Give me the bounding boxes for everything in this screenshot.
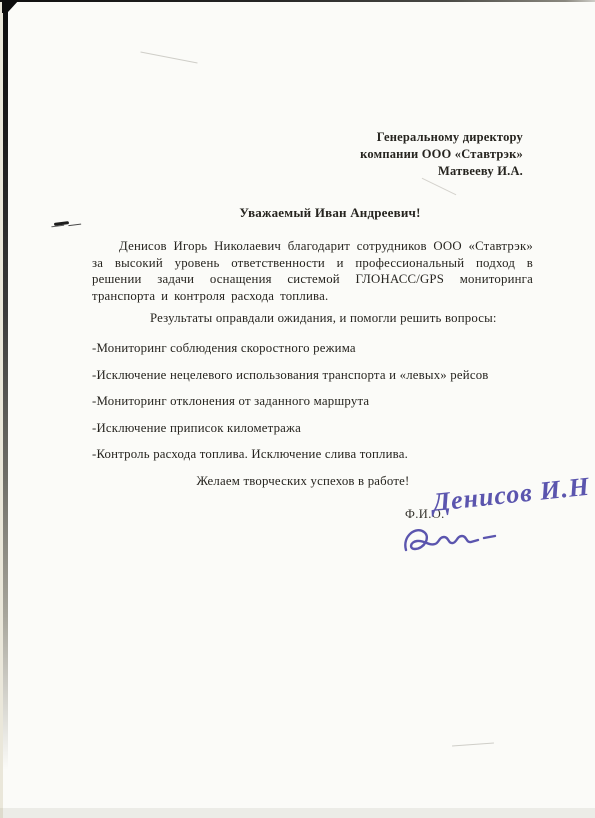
scan-left-shadow-edge (3, 0, 8, 770)
list-item: -Исключение нецелевого использования тра… (92, 367, 537, 383)
list-item: -Мониторинг отклонения от заданного марш… (92, 393, 537, 409)
results-intro: Результаты оправдали ожидания, и помогли… (150, 311, 497, 326)
list-item: -Исключение приписок километража (92, 420, 537, 436)
scan-scratch-mark (422, 178, 457, 196)
signature-flourish (398, 522, 498, 558)
recipient-line-3: Матвееву И.А. (360, 163, 523, 180)
list-item: -Контроль расхода топлива. Исключение сл… (92, 446, 537, 462)
recipient-block: Генеральному директору компании ООО «Ста… (360, 129, 523, 180)
closing-line: Желаем творческих успехов в работе! (153, 474, 453, 489)
scan-bottom-shading (0, 808, 595, 818)
benefits-list: -Мониторинг соблюдения скоростного режим… (92, 340, 537, 473)
scan-scratch-mark (452, 743, 494, 747)
recipient-line-2: компании ООО «Ставтрэк» (360, 146, 523, 163)
ink-smudge-artifact (54, 221, 69, 226)
list-item: -Мониторинг соблюдения скоростного режим… (92, 340, 537, 356)
recipient-line-1: Генеральному директору (360, 129, 523, 146)
scan-corner-wedge (2, 0, 19, 13)
scan-scratch-mark (140, 51, 197, 63)
salutation: Уважаемый Иван Андреевич! (160, 205, 500, 221)
scanned-letter-page: Генеральному директору компании ООО «Ста… (0, 0, 595, 818)
scan-top-edge-line (0, 0, 595, 2)
handwritten-signature-name: Денисов И.Н (431, 470, 595, 518)
body-paragraph: Денисов Игорь Николаевич благодарит сотр… (92, 238, 533, 304)
